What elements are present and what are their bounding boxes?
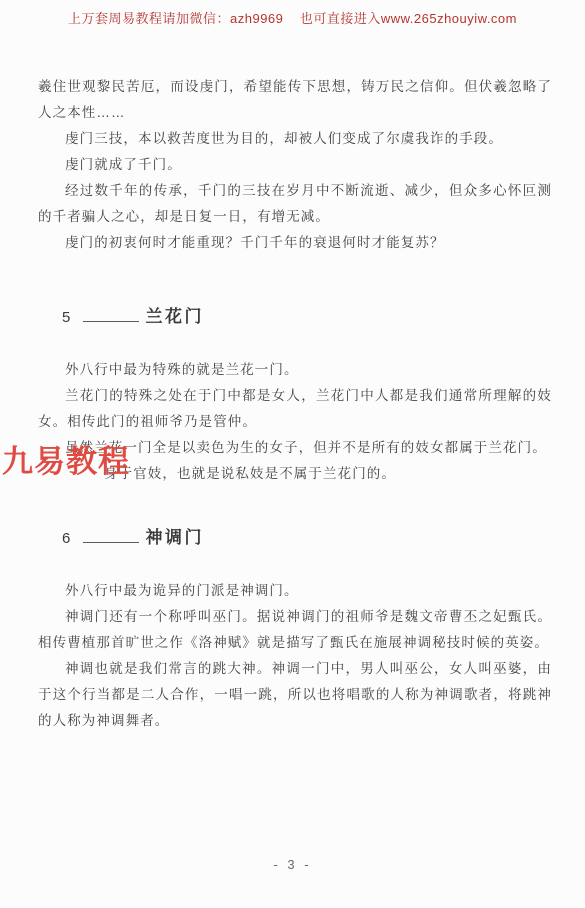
watermark-jiuyi-jiaocheng: 九易教程 [2, 436, 130, 481]
paragraph: 兰花门的特殊之处在于门中都是女人，兰花门中人都是我们通常所理解的妓女。相传此门的… [38, 383, 552, 435]
paragraph: 虔门三技，本以救苦度世为目的，却被人们变成了尔虞我诈的手段。 [38, 126, 552, 152]
page-body: 羲住世观黎民苦厄，而设虔门，希望能传下思想，铸万民之信仰。但伏羲忽略了人之本性…… [38, 74, 552, 734]
heading-rule [83, 307, 139, 322]
section-heading-lanhuamen: 5 兰花门 [62, 306, 552, 329]
paragraph: 神调门还有一个称呼叫巫门。据说神调门的祖师爷是魏文帝曹丕之妃甄氏。相传曹植那首旷… [38, 604, 552, 656]
section-number: 6 [62, 528, 71, 550]
vendor-header-note: 上万套周易教程请加微信：azh9969 也可直接进入www.265zhouyiw… [0, 8, 585, 27]
paragraph: 虔门的初衷何时才能重现？千门千年的衰退何时才能复苏？ [38, 230, 552, 256]
page-number: - 3 - [0, 857, 585, 872]
heading-rule [83, 528, 139, 543]
section-title: 兰花门 [145, 306, 204, 328]
section-heading-shendiaomen: 6 神调门 [62, 527, 552, 550]
section-number: 5 [62, 307, 71, 329]
paragraph: 虔门就成了千门。 [38, 152, 552, 178]
paragraph: 外八行中最为诡异的门派是神调门。 [38, 578, 552, 604]
paragraph: 神调也就是我们常言的跳大神。神调一门中，男人叫巫公，女人叫巫婆，由于这个行当都是… [38, 656, 552, 734]
section-title: 神调门 [145, 527, 204, 549]
paragraph: 经过数千年的传承，千门的三技在岁月中不断流逝、减少，但众多心怀叵测的千者骗人之心… [38, 178, 552, 230]
paragraph: 外八行中最为特殊的就是兰花一门。 [38, 357, 552, 383]
paragraph: 羲住世观黎民苦厄，而设虔门，希望能传下思想，铸万民之信仰。但伏羲忽略了人之本性…… [38, 74, 552, 126]
